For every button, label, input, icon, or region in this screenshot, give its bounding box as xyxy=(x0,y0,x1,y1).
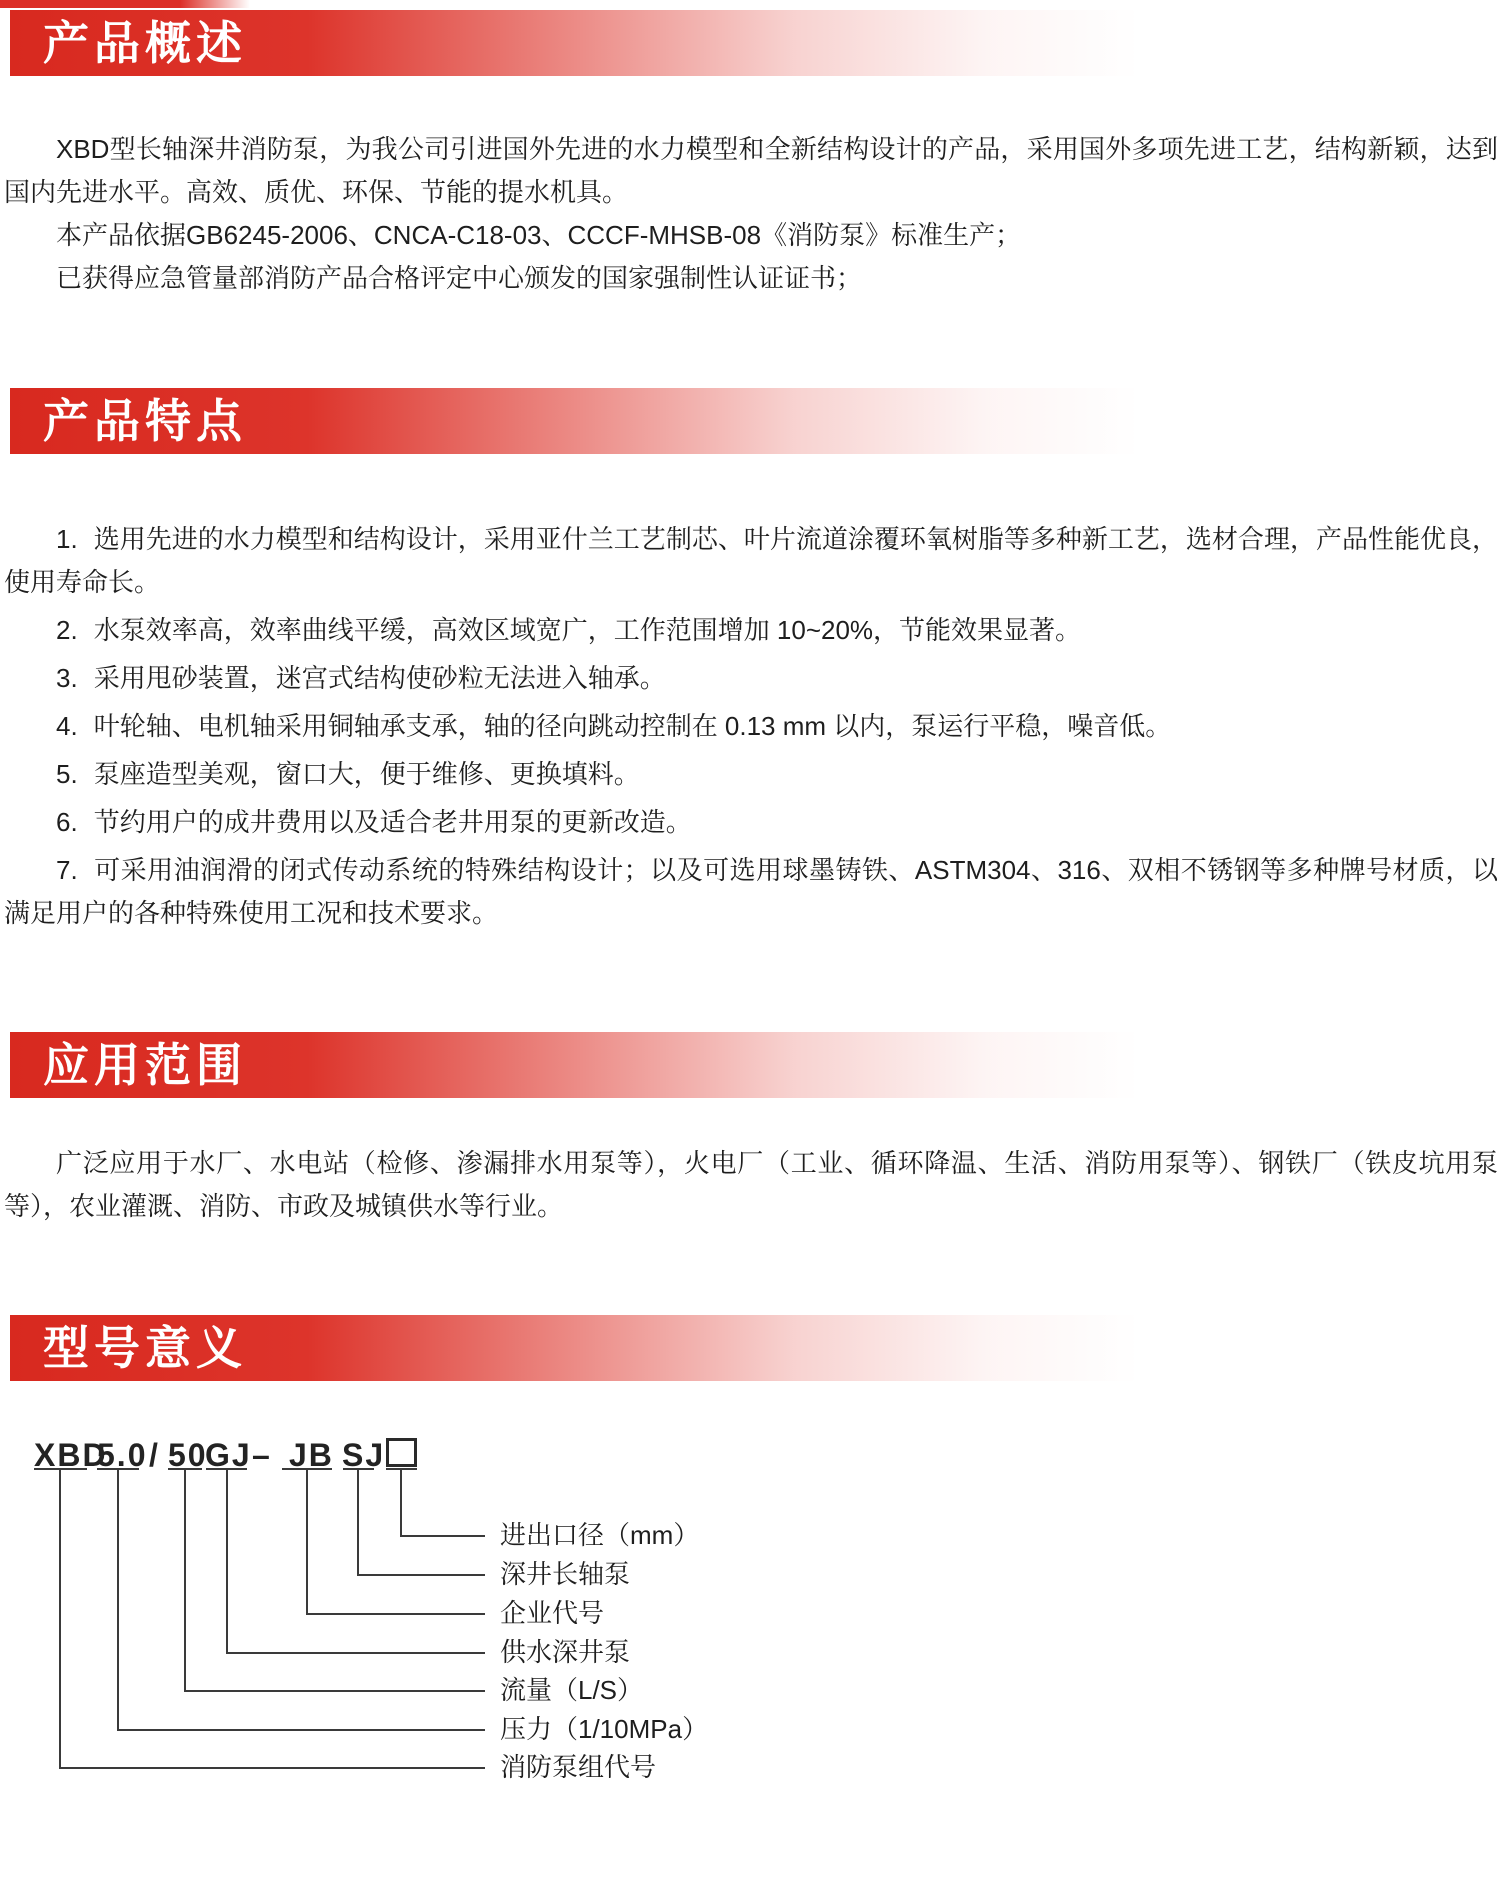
feature-text: 采用甩砂装置，迷宫式结构使砂粒无法进入轴承。 xyxy=(94,663,666,693)
section-title-features: 产品特点 xyxy=(10,388,1200,454)
feature-number: 2. xyxy=(56,615,78,645)
blank-box-icon xyxy=(386,1438,417,1467)
callout-line xyxy=(59,1470,61,1767)
section-title-application: 应用范围 xyxy=(10,1032,1200,1098)
catalog-page: 产品概述 XBD型长轴深井消防泵，为我公司引进国外先进的水力模型和全新结构设计的… xyxy=(0,0,1512,1886)
callout-line xyxy=(184,1470,186,1690)
callout-line xyxy=(59,1767,485,1769)
feature-item: 3.采用甩砂装置，迷宫式结构使砂粒无法进入轴承。 xyxy=(4,657,1498,700)
feature-text: 泵座造型美观，窗口大，便于维修、更换填料。 xyxy=(94,759,640,789)
callout-label-pressure: 压力（1/10MPa） xyxy=(500,1709,708,1749)
callout-line xyxy=(306,1613,485,1615)
callout-label-flow: 流量（L/S） xyxy=(500,1670,643,1710)
top-red-strip xyxy=(0,0,250,8)
feature-text: 节约用户的成井费用以及适合老井用泵的更新改造。 xyxy=(94,807,692,837)
feature-item: 7.可采用油润滑的闭式传动系统的特殊结构设计；以及可选用球墨铸铁、ASTM304… xyxy=(4,849,1498,935)
callout-line xyxy=(117,1470,119,1729)
section-title-model: 型号意义 xyxy=(10,1315,1200,1381)
feature-item: 1.选用先进的水力模型和结构设计，采用亚什兰工艺制芯、叶片流道涂覆环氧树脂等多种… xyxy=(4,518,1498,604)
callout-line xyxy=(184,1690,485,1692)
callout-label-deep-well-pump: 深井长轴泵 xyxy=(500,1554,630,1594)
feature-number: 4. xyxy=(56,711,78,741)
feature-text: 可采用油润滑的闭式传动系统的特殊结构设计；以及可选用球墨铸铁、ASTM304、3… xyxy=(4,855,1498,928)
callout-line xyxy=(226,1652,485,1654)
model-separator-dash: – xyxy=(252,1437,272,1474)
overview-paragraph: 本产品依据GB6245-2006、CNCA-C18-03、CCCF-MHSB-0… xyxy=(4,214,1498,257)
callout-label-company-code: 企业代号 xyxy=(500,1593,604,1633)
feature-number: 3. xyxy=(56,663,78,693)
feature-item: 5.泵座造型美观，窗口大，便于维修、更换填料。 xyxy=(4,753,1498,796)
callout-line xyxy=(400,1470,402,1535)
callout-line xyxy=(357,1574,485,1576)
overview-paragraph: 已获得应急管量部消防产品合格评定中心颁发的国家强制性认证证书； xyxy=(4,257,1498,300)
callout-line xyxy=(117,1729,485,1731)
feature-text: 水泵效率高，效率曲线平缓，高效区域宽广，工作范围增加 10~20%，节能效果显著… xyxy=(94,615,1081,645)
model-separator-slash: / xyxy=(149,1437,160,1474)
feature-number: 1. xyxy=(56,524,78,554)
overview-paragraph: XBD型长轴深井消防泵，为我公司引进国外先进的水力模型和全新结构设计的产品，采用… xyxy=(4,128,1498,214)
feature-text: 叶轮轴、电机轴采用铜轴承支承，轴的径向跳动控制在 0.13 mm 以内，泵运行平… xyxy=(94,711,1172,741)
model-code-diagram: XBD 5.0 / 50 GJ – JB SJ 进出口径（mm） 深井长 xyxy=(0,1400,1512,1840)
callout-label-port-diameter: 进出口径（mm） xyxy=(500,1515,699,1555)
features-list: 1.选用先进的水力模型和结构设计，采用亚什兰工艺制芯、叶片流道涂覆环氧树脂等多种… xyxy=(4,518,1506,940)
callout-label-supply-pump: 供水深井泵 xyxy=(500,1632,630,1672)
application-text: 广泛应用于水厂、水电站（检修、渗漏排水用泵等），火电厂（工业、循环降温、生活、消… xyxy=(4,1142,1506,1228)
callout-label-pump-group-code: 消防泵组代号 xyxy=(500,1747,656,1787)
feature-item: 6.节约用户的成井费用以及适合老井用泵的更新改造。 xyxy=(4,801,1498,844)
feature-item: 2.水泵效率高，效率曲线平缓，高效区域宽广，工作范围增加 10~20%，节能效果… xyxy=(4,609,1498,652)
callout-line xyxy=(226,1470,228,1652)
callout-line xyxy=(306,1470,308,1613)
feature-item: 4.叶轮轴、电机轴采用铜轴承支承，轴的径向跳动控制在 0.13 mm 以内，泵运… xyxy=(4,705,1498,748)
feature-number: 6. xyxy=(56,807,78,837)
callout-line xyxy=(400,1535,485,1537)
feature-number: 5. xyxy=(56,759,78,789)
overview-text: XBD型长轴深井消防泵，为我公司引进国外先进的水力模型和全新结构设计的产品，采用… xyxy=(4,128,1506,300)
callout-line xyxy=(357,1470,359,1574)
application-paragraph: 广泛应用于水厂、水电站（检修、渗漏排水用泵等），火电厂（工业、循环降温、生活、消… xyxy=(4,1142,1498,1228)
feature-number: 7. xyxy=(56,855,78,885)
feature-text: 选用先进的水力模型和结构设计，采用亚什兰工艺制芯、叶片流道涂覆环氧树脂等多种新工… xyxy=(4,524,1498,597)
section-title-overview: 产品概述 xyxy=(10,10,1200,76)
